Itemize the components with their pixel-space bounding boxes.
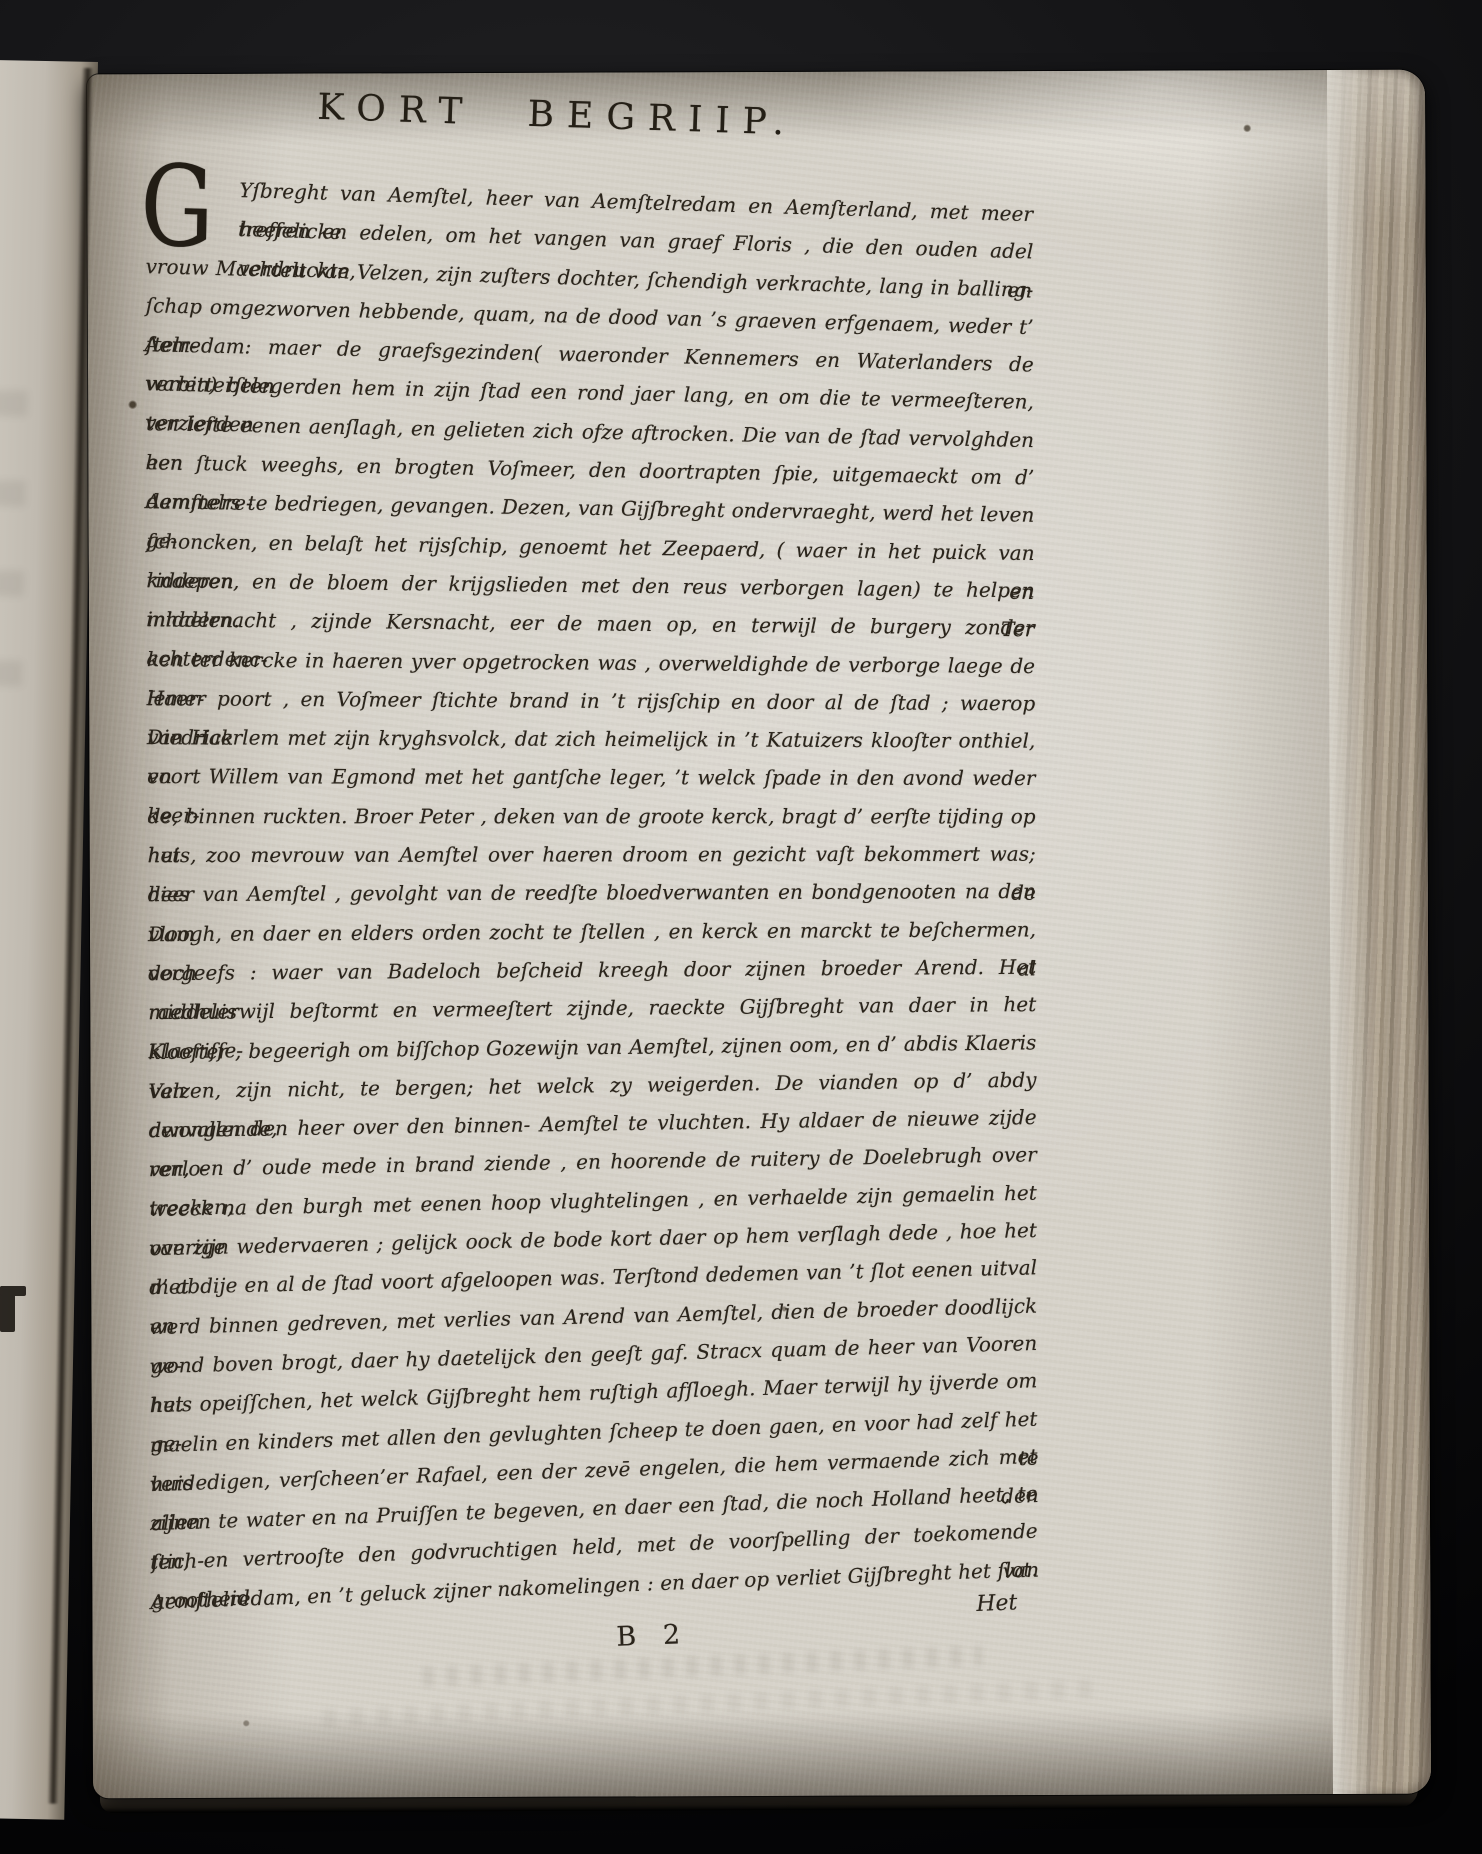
body-text: Yſbreght van Aemſtel, heer van Aemſtelre…: [145, 165, 1038, 1622]
text-line: heer van Aemſtel , gevolght van de reedſ…: [148, 872, 1036, 914]
text-line: huis, zoo mevrouw van Aemſtel over haere…: [148, 835, 1036, 876]
foxing-speck: [243, 1720, 250, 1727]
text-line: lemer poort , en Voſmeer ſtichte brand i…: [147, 679, 1035, 724]
signature-mark: B 2: [616, 1619, 690, 1653]
ink-bleedthrough: [323, 1679, 1103, 1727]
facing-page-showthrough: [0, 390, 28, 751]
photo-background: KORT BEGRIIP. G Yſbreght van Aemſtel, he…: [0, 0, 1482, 1854]
catchword: Het: [976, 1590, 1018, 1617]
foxing-speck: [128, 400, 137, 409]
foxing-speck: [1243, 124, 1251, 132]
text-line: van Haerlem met zijn kryghsvolck, dat zi…: [147, 718, 1035, 761]
text-line: voort Willem van Egmond met het gantſche…: [147, 758, 1035, 799]
text-line: vloogh, en daer en elders orden zocht te…: [148, 910, 1036, 954]
page-title: KORT BEGRIIP.: [117, 80, 998, 150]
ink-bleedthrough: [422, 1645, 982, 1686]
fore-edge-pages: [1327, 70, 1431, 1794]
book-page: KORT BEGRIIP. G Yſbreght van Aemſtel, he…: [87, 70, 1431, 1799]
facing-page-letter-fragment: [0, 1286, 15, 1332]
text-line: de, binnen ruckten. Broer Peter , deken …: [148, 797, 1036, 837]
